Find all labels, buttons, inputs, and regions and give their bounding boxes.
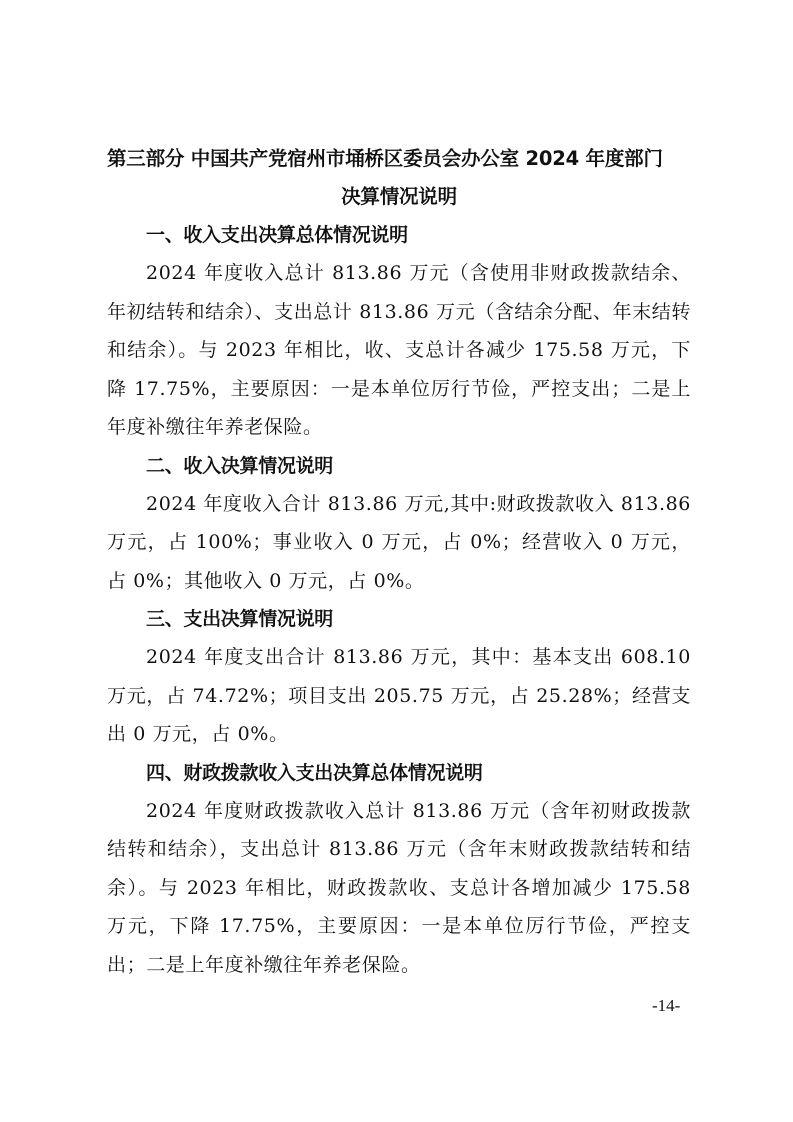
section-income: 二、收入决算情况说明 2024 年度收入合计 813.86 万元,其中:财政拨款… [107, 447, 691, 601]
section-heading: 三、支出决算情况说明 [107, 600, 691, 638]
section-paragraph: 2024 年度支出合计 813.86 万元，其中：基本支出 608.10 万元，… [107, 638, 691, 754]
section-paragraph: 2024 年度收入总计 813.86 万元（含使用非财政拨款结余、年初结转和结余… [107, 254, 691, 447]
section-fiscal-appropriation: 四、财政拨款收入支出决算总体情况说明 2024 年度财政拨款收入总计 813.8… [107, 754, 691, 985]
section-heading: 四、财政拨款收入支出决算总体情况说明 [107, 754, 691, 792]
section-heading: 一、收入支出决算总体情况说明 [107, 216, 691, 254]
section-expenditure: 三、支出决算情况说明 2024 年度支出合计 813.86 万元，其中：基本支出… [107, 600, 691, 754]
page-number: -14- [652, 996, 680, 1016]
section-heading: 二、收入决算情况说明 [107, 447, 691, 485]
section-paragraph: 2024 年度财政拨款收入总计 813.86 万元（含年初财政拨款结转和结余），… [107, 792, 691, 985]
section-paragraph: 2024 年度收入合计 813.86 万元,其中:财政拨款收入 813.86 万… [107, 485, 691, 601]
document-title: 第三部分 中国共产党宿州市埇桥区委员会办公室 2024 年度部门 决算情况说明 [107, 140, 691, 216]
title-line-1: 第三部分 中国共产党宿州市埇桥区委员会办公室 2024 年度部门 [107, 140, 691, 178]
title-line-2: 决算情况说明 [107, 178, 691, 216]
document-page: 第三部分 中国共产党宿州市埇桥区委员会办公室 2024 年度部门 决算情况说明 … [107, 140, 691, 984]
section-overall-income-expenditure: 一、收入支出决算总体情况说明 2024 年度收入总计 813.86 万元（含使用… [107, 216, 691, 447]
